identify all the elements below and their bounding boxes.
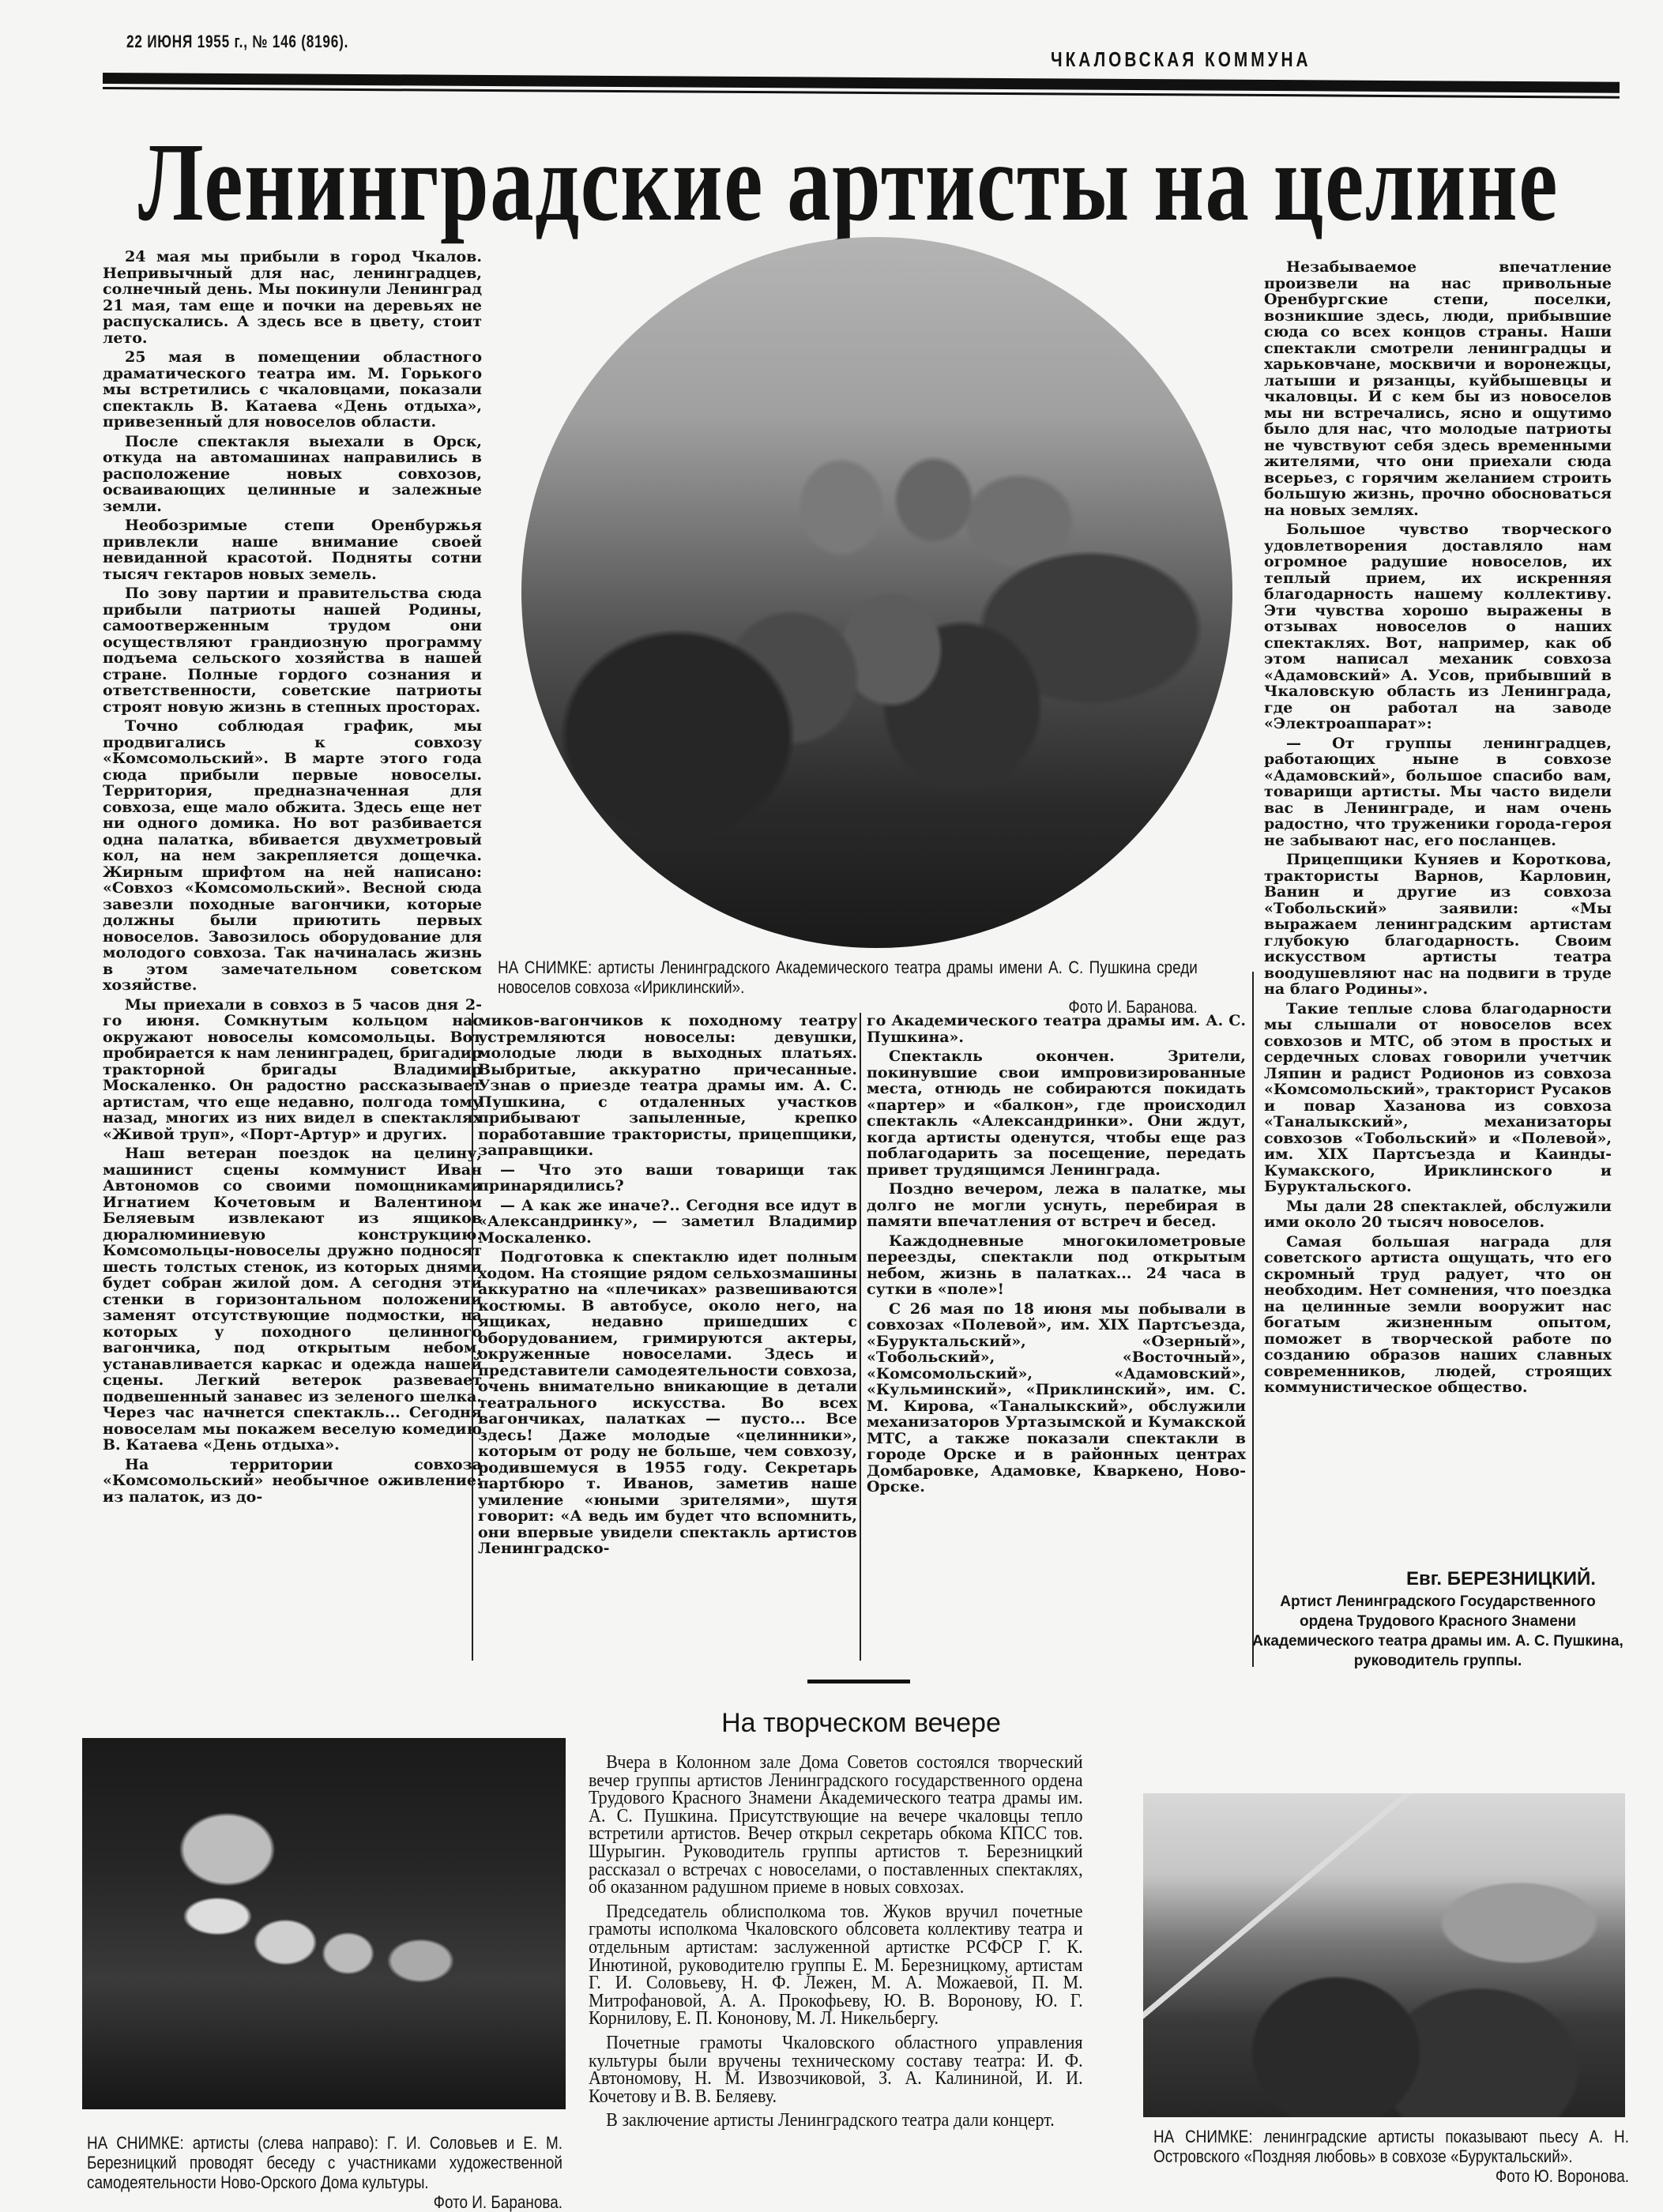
section-divider-rule <box>807 1680 910 1683</box>
author-role: Артист Ленинградского Государственного о… <box>1252 1592 1623 1671</box>
paragraph: — От группы ленинградцев, работающих нын… <box>1264 735 1612 849</box>
paragraph: — Что это ваши товарищи так принарядилис… <box>478 1162 857 1194</box>
paragraph: Такие теплые слова благодарности мы слыш… <box>1264 1001 1612 1195</box>
caption-text: артисты Ленинградского Академического те… <box>498 957 1198 997</box>
paragraph: Каждодневные многокилометровые переезды,… <box>867 1233 1246 1298</box>
paragraph: На территории совхоза «Комсомольский» не… <box>103 1457 482 1506</box>
paragraph: Вчера в Колонном зале Дома Советов состо… <box>589 1754 1083 1897</box>
paragraph: После спектакля выехали в Орск, откуда н… <box>103 434 482 515</box>
paragraph: Необозримые степи Оренбуржья привлекли н… <box>103 517 482 582</box>
paragraph: Поздно вечером, лежа в палатке, мы долго… <box>867 1181 1246 1230</box>
bottom-left-photo-caption: НА СНИМКЕ: артисты (слева направо): Г. И… <box>87 2133 562 2212</box>
column-divider <box>1252 972 1254 1667</box>
paragraph: С 26 мая по 18 июня мы побывали в совхоз… <box>867 1301 1246 1495</box>
main-photo-caption: НА СНИМКЕ: артисты Ленинградского Академ… <box>498 957 1198 1017</box>
paragraph: В заключение артисты Ленинградского теат… <box>589 2112 1083 2130</box>
column-divider <box>860 1013 861 1661</box>
paragraph: 25 мая в помещении областного драматичес… <box>103 349 482 431</box>
article-column-3: го Академического театра драмы им. А. С.… <box>867 1013 1246 1499</box>
paragraph: Спектакль окончен. Зрители, покинувшие с… <box>867 1048 1246 1178</box>
paragraph: Самая большая награда для советского арт… <box>1264 1234 1612 1396</box>
author-name: Евг. БЕРЕЗНИЦКИЙ. <box>1406 1568 1596 1590</box>
caption-label: НА СНИМКЕ: <box>87 2133 184 2153</box>
bottom-right-photo-caption: НА СНИМКЕ: ленинградские артисты показыв… <box>1153 2127 1629 2186</box>
paragraph: Прицепщики Куняев и Короткова, тракторис… <box>1264 852 1612 998</box>
paragraph: 24 мая мы прибыли в город Чкалов. Неприв… <box>103 249 482 346</box>
paragraph: Мы приехали в совхоз в 5 часов дня 2-го … <box>103 997 482 1143</box>
main-photo-circular <box>521 237 1232 948</box>
paragraph: Мы дали 28 спектаклей, обслужили ими око… <box>1264 1198 1612 1231</box>
paragraph: Почетные грамоты Чкаловского областного … <box>589 2034 1083 2105</box>
bottom-left-photo <box>82 1738 566 2109</box>
article-column-1: 24 мая мы прибыли в город Чкалов. Неприв… <box>103 249 482 1508</box>
paragraph: Подготовка к спектаклю идет полным ходом… <box>478 1249 857 1557</box>
paragraph: миков-вагончиков к походному театру устр… <box>478 1013 857 1159</box>
paragraph: По зову партии и правительства сюда приб… <box>103 585 482 715</box>
bottom-right-photo <box>1143 1793 1625 2117</box>
paragraph: Незабываемое впечатление произвели на на… <box>1264 259 1612 518</box>
paragraph: Председатель облисполкома тов. Жуков вру… <box>589 1903 1083 2028</box>
paragraph: го Академического театра драмы им. А. С.… <box>867 1013 1246 1045</box>
column-divider <box>472 1013 473 1661</box>
photo-credit: Фото И. Баранова. <box>87 2192 562 2212</box>
paragraph: — А как же иначе?.. Сегодня все идут в «… <box>478 1198 857 1247</box>
newspaper-name: ЧКАЛОВСКАЯ КОММУНА <box>1051 47 1311 72</box>
article-headline: Ленинградские артисты на целине <box>138 126 1291 237</box>
paragraph: Наш ветеран поездок на целину, машинист … <box>103 1145 482 1454</box>
sidebar-article-body: Вчера в Колонном зале Дома Советов состо… <box>589 1754 1083 2136</box>
paragraph: Большое чувство творческого удовлетворен… <box>1264 521 1612 732</box>
caption-label: НА СНИМКЕ: <box>1153 2127 1253 2146</box>
article-column-2: миков-вагончиков к походному театру устр… <box>478 1013 857 1560</box>
sidebar-article-headline: На творческом вечере <box>703 1708 1019 1739</box>
photo-credit: Фото Ю. Воронова. <box>1153 2166 1629 2186</box>
issue-date-number: 22 ИЮНЯ 1955 г., № 146 (8196). <box>126 32 348 52</box>
caption-label: НА СНИМКЕ: <box>498 957 592 977</box>
article-column-4: Незабываемое впечатление произвели на на… <box>1264 259 1612 1399</box>
paragraph: Точно соблюдая график, мы продвигались к… <box>103 718 482 994</box>
